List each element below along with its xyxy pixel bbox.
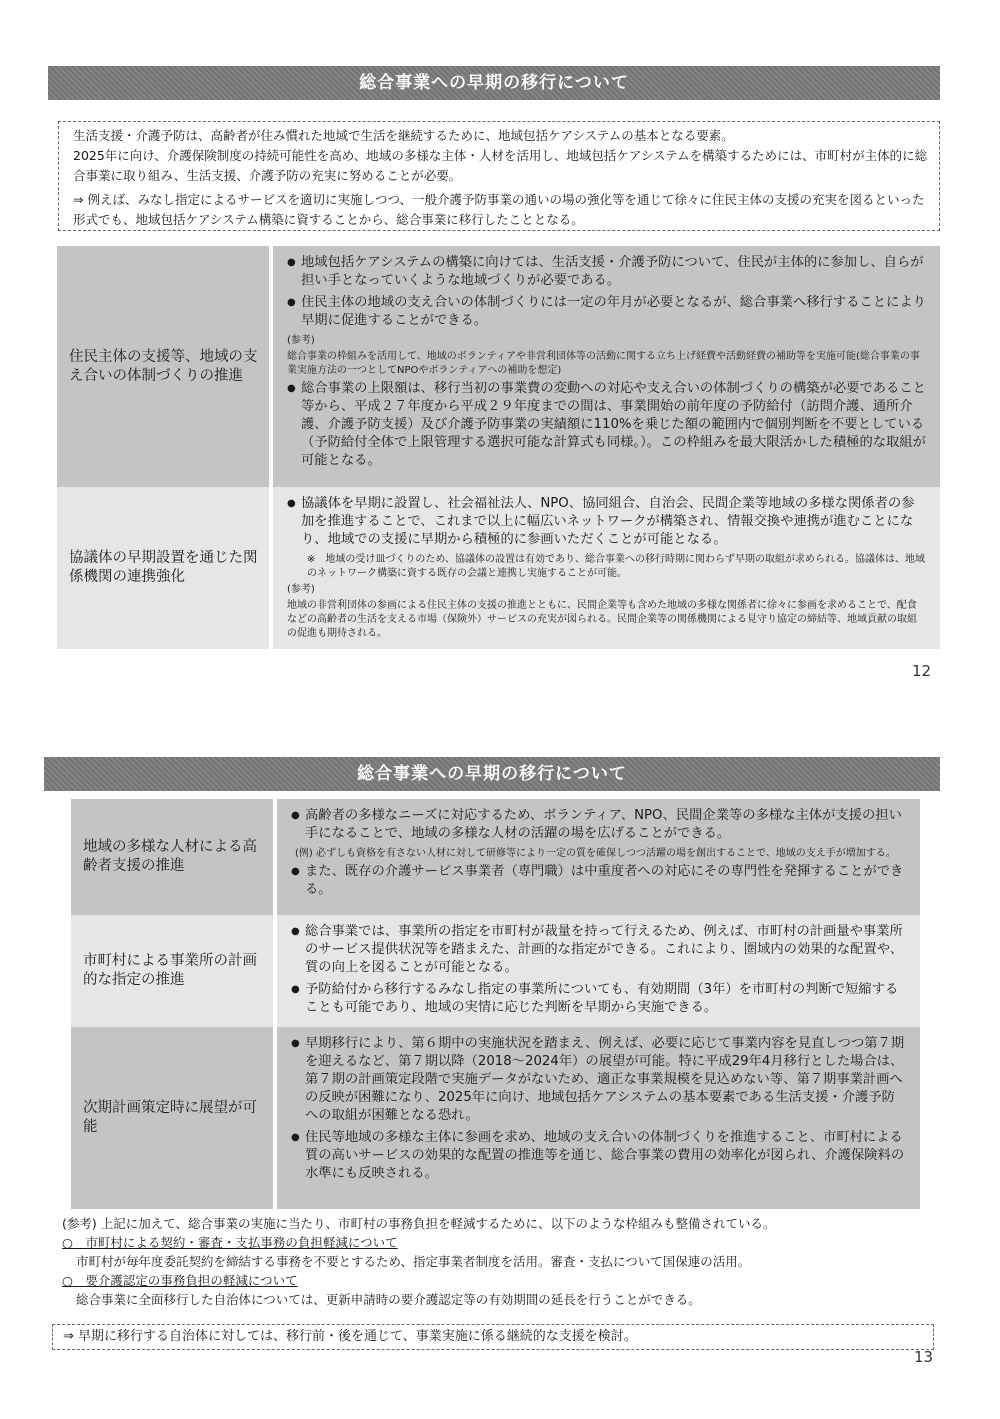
row-label: 市町村による事業所の計画的な指定の推進: [71, 915, 275, 1027]
bullet-icon: ●: [291, 807, 305, 843]
bullet-icon: ●: [291, 923, 305, 977]
bullet-icon: ●: [287, 294, 301, 330]
bullet-icon: ●: [291, 1035, 305, 1125]
bullet-item: ● 地域包括ケアシステムの構築に向けては、生活支援・介護予防について、住民が主体…: [287, 254, 926, 290]
conclusion-box: ⇒ 早期に移行する自治体に対しては、移行前・後を通じて、事業実施に係る継続的な支…: [52, 1324, 934, 1350]
row-content: ● 早期移行により、第６期中の実施状況を踏まえ、例えば、必要に応じて事業内容を見…: [275, 1027, 920, 1209]
bullet-item: ● 早期移行により、第６期中の実施状況を踏まえ、例えば、必要に応じて事業内容を見…: [291, 1035, 906, 1125]
page-number-12: 12: [912, 662, 931, 680]
row-content: ● 高齢者の多様なニーズに対応するため、ボランティア、NPO、民間企業等の多様な…: [275, 799, 920, 915]
page12-title: 総合事業への早期の移行について: [359, 73, 629, 93]
table-row: 市町村による事業所の計画的な指定の推進 ● 総合事業では、事業所の指定を市町村が…: [71, 915, 920, 1027]
row-label: 協議体の早期設置を通じた関係機関の連携強化: [57, 487, 271, 649]
reference-item2-title: ○ 要介護認定の事務負担の軽減について: [62, 1271, 942, 1290]
page13-title: 総合事業への早期の移行について: [357, 764, 627, 784]
reference-label: (参考): [287, 583, 926, 597]
row-content: ● 総合事業では、事業所の指定を市町村が裁量を持って行えるため、例えば、市町村の…: [275, 915, 920, 1027]
bullet-text: 総合事業の上限額は、移行当初の事業費の変動への対応や支え合いの体制づくりの構築が…: [301, 380, 926, 470]
page12-table: 住民主体の支援等、地域の支え合いの体制づくりの推進 ● 地域包括ケアシステムの構…: [57, 246, 940, 649]
bullet-icon: ●: [287, 380, 301, 470]
row-label: 地域の多様な人材による高齢者支援の推進: [71, 799, 275, 915]
bullet-text: 予防給付から移行するみなし指定の事業所についても、有効期間（3年）を市町村の判断…: [305, 981, 906, 1017]
bullet-item: ● 高齢者の多様なニーズに対応するため、ボランティア、NPO、民間企業等の多様な…: [291, 807, 906, 843]
page-number-13: 13: [914, 1348, 933, 1366]
page13-table: 地域の多様な人材による高齢者支援の推進 ● 高齢者の多様なニーズに対応するため、…: [71, 799, 920, 1209]
bullet-text: 地域包括ケアシステムの構築に向けては、生活支援・介護予防について、住民が主体的に…: [301, 254, 926, 290]
bullet-text: 住民等地域の多様な主体に参画を求め、地域の支え合いの体制づくりを推進すること、市…: [305, 1129, 906, 1183]
bullet-item: ● また、既存の介護サービス事業者（専門職）は中重度者への対応にその専門性を発揮…: [291, 863, 906, 899]
intro-line-1: 生活支援・介護予防は、高齢者が住み慣れた地域で生活を継続するために、地域包括ケア…: [73, 126, 929, 146]
reference-item1-title: ○ 市町村による契約・審査・支払事務の負担軽減について: [62, 1233, 942, 1252]
page12-intro-box: 生活支援・介護予防は、高齢者が住み慣れた地域で生活を継続するために、地域包括ケア…: [58, 121, 940, 231]
table-row: 住民主体の支援等、地域の支え合いの体制づくりの推進 ● 地域包括ケアシステムの構…: [57, 246, 940, 487]
table-row: 次期計画策定時に展望が可能 ● 早期移行により、第６期中の実施状況を踏まえ、例え…: [71, 1027, 920, 1209]
bullet-text: 早期移行により、第６期中の実施状況を踏まえ、例えば、必要に応じて事業内容を見直し…: [305, 1035, 906, 1125]
intro-conclusion: ⇒ 例えば、みなし指定によるサービスを適切に実施しつつ、一般介護予防事業の通いの…: [73, 190, 929, 230]
bullet-item: ● 協議体を早期に設置し、社会福祉法人、NPO、協同組合、自治会、民間企業等地域…: [287, 495, 926, 549]
bullet-icon: ●: [287, 254, 301, 290]
row-content: ● 協議体を早期に設置し、社会福祉法人、NPO、協同組合、自治会、民間企業等地域…: [271, 487, 940, 649]
bullet-item: ● 住民等地域の多様な主体に参画を求め、地域の支え合いの体制づくりを推進すること…: [291, 1129, 906, 1183]
intro-line-2: 2025年に向け、介護保険制度の持続可能性を高め、地域の多様な主体・人材を活用し…: [73, 146, 929, 186]
bullet-text: 高齢者の多様なニーズに対応するため、ボランティア、NPO、民間企業等の多様な主体…: [305, 807, 906, 843]
reference-item1-text: 市町村が毎年度委託契約を締結する事務を不要とするため、指定事業者制度を活用。審査…: [62, 1252, 942, 1271]
reference-intro: (参考) 上記に加えて、総合事業の実施に当たり、市町村の事務負担を軽減するために…: [62, 1214, 942, 1233]
bullet-icon: ●: [287, 495, 301, 549]
reference-text: 地域の非営利団体の参画による住民主体の支援の推進とともに、民間企業等も含めた地域…: [287, 599, 926, 641]
bullet-item: ● 総合事業では、事業所の指定を市町村が裁量を持って行えるため、例えば、市町村の…: [291, 923, 906, 977]
bullet-text: 住民主体の地域の支え合いの体制づくりには一定の年月が必要となるが、総合事業へ移行…: [301, 294, 926, 330]
reference-section: (参考) 上記に加えて、総合事業の実施に当たり、市町村の事務負担を軽減するために…: [62, 1214, 942, 1309]
page12-title-banner: 総合事業への早期の移行について: [48, 66, 940, 100]
reference-label: (参考): [287, 334, 926, 348]
conclusion-text: ⇒ 早期に移行する自治体に対しては、移行前・後を通じて、事業実施に係る継続的な支…: [63, 1329, 637, 1344]
reference-text: 総合事業の枠組みを活用して、地域のボランティアや非営利団体等の活動に関する立ち上…: [287, 350, 926, 378]
bullet-item: ● 住民主体の地域の支え合いの体制づくりには一定の年月が必要となるが、総合事業へ…: [287, 294, 926, 330]
row-label: 次期計画策定時に展望が可能: [71, 1027, 275, 1209]
bullet-icon: ●: [291, 863, 305, 899]
bullet-icon: ●: [291, 1129, 305, 1183]
asterisk-note: ※ 地域の受け皿づくりのため、協議体の設置は有効であり、総合事業への移行時期に関…: [287, 553, 926, 581]
bullet-text: また、既存の介護サービス事業者（専門職）は中重度者への対応にその専門性を発揮する…: [305, 863, 906, 899]
bullet-item: ● 予防給付から移行するみなし指定の事業所についても、有効期間（3年）を市町村の…: [291, 981, 906, 1017]
table-row: 協議体の早期設置を通じた関係機関の連携強化 ● 協議体を早期に設置し、社会福祉法…: [57, 487, 940, 649]
example-note: (例) 必ずしも資格を有さない人材に対して研修等により一定の質を確保しつつ活躍の…: [291, 847, 906, 861]
row-label: 住民主体の支援等、地域の支え合いの体制づくりの推進: [57, 246, 271, 487]
bullet-item: ● 総合事業の上限額は、移行当初の事業費の変動への対応や支え合いの体制づくりの構…: [287, 380, 926, 470]
bullet-text: 総合事業では、事業所の指定を市町村が裁量を持って行えるため、例えば、市町村の計画…: [305, 923, 906, 977]
row-content: ● 地域包括ケアシステムの構築に向けては、生活支援・介護予防について、住民が主体…: [271, 246, 940, 487]
bullet-icon: ●: [291, 981, 305, 1017]
page13-title-banner: 総合事業への早期の移行について: [44, 757, 940, 791]
reference-item2-text: 総合事業に全面移行した自治体については、更新申請時の要介護認定等の有効期間の延長…: [62, 1290, 942, 1309]
table-row: 地域の多様な人材による高齢者支援の推進 ● 高齢者の多様なニーズに対応するため、…: [71, 799, 920, 915]
bullet-text: 協議体を早期に設置し、社会福祉法人、NPO、協同組合、自治会、民間企業等地域の多…: [301, 495, 926, 549]
